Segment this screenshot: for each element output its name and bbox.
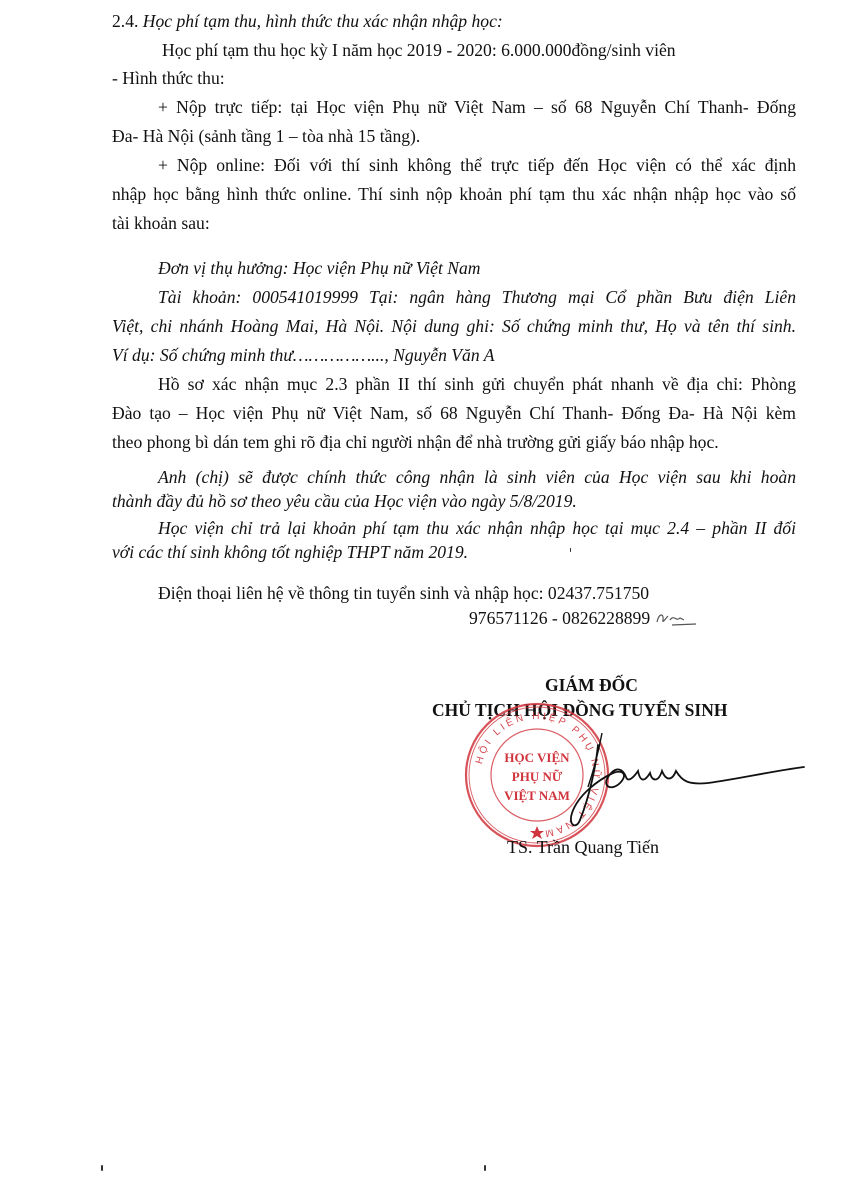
scan-mark-left xyxy=(101,1165,103,1171)
direct-payment-line2: Đa- Hà Nội (sảnh tầng 1 – tòa nhà 15 tần… xyxy=(112,125,420,147)
stamp-line2: PHỤ NỮ xyxy=(512,769,563,784)
beneficiary: Đơn vị thụ hưởng: Học viện Phụ nữ Việt N… xyxy=(158,257,481,279)
contact-line2: 976571126 - 0826228899 xyxy=(469,607,650,629)
refund-line1: Học viện chỉ trả lại khoản phí tạm thu x… xyxy=(158,517,796,539)
bank-account-line1: Tài khoản: 000541019999 Tại: ngân hàng T… xyxy=(158,286,796,308)
scan-speck xyxy=(570,548,571,552)
documents-line3: theo phong bì dán tem ghi rõ địa chỉ ngư… xyxy=(112,431,719,453)
payment-method-heading: - Hình thức thu: xyxy=(112,67,225,89)
recognition-line2: thành đầy đủ hồ sơ theo yêu cầu của Học … xyxy=(112,490,577,512)
stamp-line3: VIỆT NAM xyxy=(504,788,570,803)
bank-account-line2: Việt, chi nhánh Hoàng Mai, Hà Nội. Nội d… xyxy=(112,315,796,337)
online-payment-line1: + Nộp online: Đối với thí sinh không thể… xyxy=(158,154,796,176)
signatory-name: TS. Trần Quang Tiến xyxy=(507,836,659,858)
section-number: 2.4. xyxy=(112,11,138,31)
refund-line2: với các thí sinh không tốt nghiệp THPT n… xyxy=(112,541,468,563)
online-payment-line2: nhập học bằng hình thức online. Thí sinh… xyxy=(112,183,796,205)
documents-line1: Hồ sơ xác nhận mục 2.3 phần II thí sinh … xyxy=(158,373,796,395)
section-heading: 2.4. Học phí tạm thu, hình thức thu xác … xyxy=(112,10,503,32)
signatory-title: GIÁM ĐỐC xyxy=(545,675,638,696)
handwritten-initials xyxy=(654,608,710,630)
fee-line: Học phí tạm thu học kỳ I năm học 2019 - … xyxy=(162,39,676,61)
stamp-line1: HỌC VIỆN xyxy=(504,750,570,765)
payment-example: Ví dụ: Số chứng minh thư……………..., Nguyễn… xyxy=(112,344,494,366)
section-title: Học phí tạm thu, hình thức thu xác nhận … xyxy=(143,11,503,31)
contact-line1: Điện thoại liên hệ về thông tin tuyển si… xyxy=(158,582,649,604)
documents-line2: Đào tạo – Học viện Phụ nữ Việt Nam, số 6… xyxy=(112,402,796,424)
recognition-line1: Anh (chị) sẽ được chính thức công nhận l… xyxy=(158,466,796,488)
direct-payment-line1: + Nộp trực tiếp: tại Học viện Phụ nữ Việ… xyxy=(158,96,796,118)
scan-mark-center xyxy=(484,1165,486,1171)
online-payment-line3: tài khoản sau: xyxy=(112,212,210,234)
handwritten-signature xyxy=(568,725,808,835)
